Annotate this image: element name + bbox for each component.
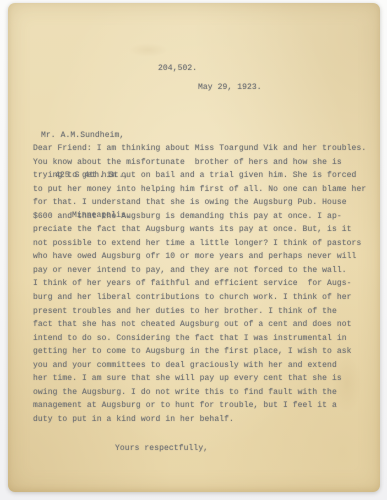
file-number: 204,502.: [158, 64, 197, 73]
body-line: owing the Augsburg. I do not write this …: [33, 386, 367, 400]
body-line: you and your committees to deal gracious…: [33, 359, 367, 373]
body-line: duty to put in a kind word in her behalf…: [33, 413, 367, 427]
body-line: management at Augsburg or to hunt for tr…: [33, 399, 367, 413]
letter-body: Dear Friend: I am thinking about Miss To…: [33, 142, 367, 426]
paper-stain: [128, 43, 168, 57]
scanned-letter-frame: 204,502. May 29, 1923. Mr. A.M.Sundheim,…: [0, 0, 387, 500]
body-line: for that. I understand that she is owing…: [33, 196, 367, 210]
body-line: fact that she has not cheated Augsburg o…: [33, 318, 367, 332]
body-line: not possible to extend her time a little…: [33, 237, 367, 251]
body-line: to put her money into helping him first …: [33, 183, 367, 197]
body-line: I think of her years of faithful and eff…: [33, 277, 367, 291]
date-line: May 29, 1923.: [198, 83, 262, 92]
body-line: You know about the misfortunate brother …: [33, 156, 367, 170]
body-line: trying to get him out on bail and a tria…: [33, 169, 367, 183]
body-line: present troubles and her duties to her b…: [33, 305, 367, 319]
body-line: getting her to come to Augsburg in the f…: [33, 345, 367, 359]
body-line: intend to do so. Considering the fact th…: [33, 332, 367, 346]
body-line: preciate the fact that Augsburg wants it…: [33, 223, 367, 237]
body-line: who have owed Augsburg ofr 10 or more ye…: [33, 250, 367, 264]
body-line: burg and her liberal contributions to ch…: [33, 291, 367, 305]
recipient-name: Mr. A.M.Sundheim,: [41, 129, 131, 142]
body-line: Dear Friend: I am thinking about Miss To…: [33, 142, 367, 156]
closing-line: Yours respectfully,: [115, 444, 208, 453]
letter-paper: 204,502. May 29, 1923. Mr. A.M.Sundheim,…: [8, 3, 380, 492]
body-line: her time. I am sure that she will pay up…: [33, 372, 367, 386]
body-line: $600 and that the Augsburg is demanding …: [33, 210, 367, 224]
body-line: pay or never intend to pay, and they are…: [33, 264, 367, 278]
